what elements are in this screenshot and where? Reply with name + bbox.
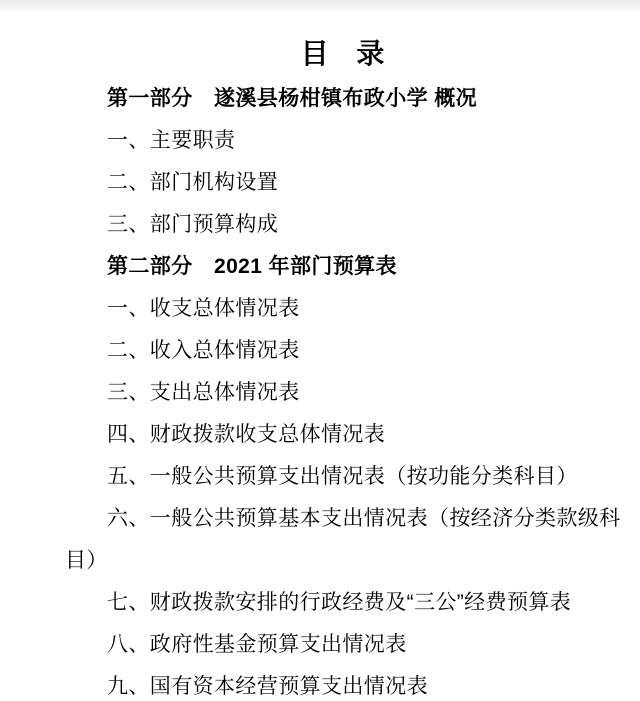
toc-item-part2-6: 六、一般公共预算基本支出情况表（按经济分类款级科目） [65,498,622,582]
toc-item-part1-2: 二、部门机构设置 [65,162,622,204]
toc-item-part1-1: 一、主要职责 [65,120,622,162]
page-title: 目 录 [65,37,622,71]
toc-item-part2-8: 八、政府性基金预算支出情况表 [65,624,622,666]
toc-item-part2-4: 四、财政拨款收支总体情况表 [65,414,622,456]
toc-item-part2-7: 七、财政拨款安排的行政经费及“三公”经费预算表 [65,582,622,624]
toc-item-part2-3: 三、支出总体情况表 [65,372,622,414]
toc-item-part2-9: 九、国有资本经营预算支出情况表 [65,666,622,701]
toc-item-part2-2: 二、收入总体情况表 [65,330,622,372]
toc-item-part2-1: 一、收支总体情况表 [65,288,622,330]
toc-document: 目 录 第一部分 遂溪县杨柑镇布政小学 概况 一、主要职责 二、部门机构设置 三… [0,0,640,701]
toc-item-part2-5: 五、一般公共预算支出情况表（按功能分类科目） [65,456,622,498]
section-heading-part2: 第二部分 2021 年部门预算表 [65,246,622,288]
section-heading-part1: 第一部分 遂溪县杨柑镇布政小学 概况 [65,78,622,120]
toc-item-part1-3: 三、部门预算构成 [65,204,622,246]
